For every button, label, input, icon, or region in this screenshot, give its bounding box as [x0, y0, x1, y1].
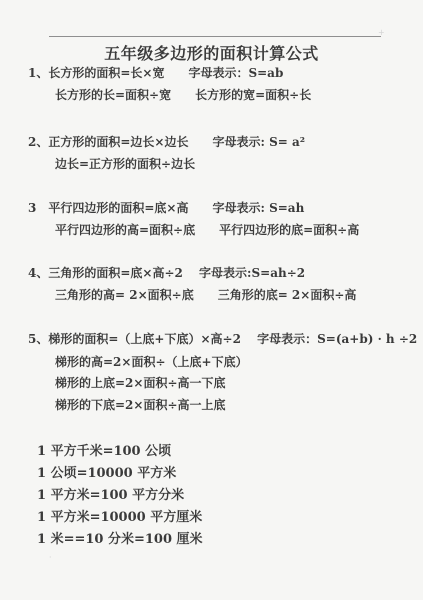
formula-line-1: 1、长方形的面积=长×宽 字母表示：S=ab	[28, 66, 283, 80]
unit-line-2: 1 公顷=10000 平方米	[37, 466, 176, 481]
unit-line-1: 1 平方千米=100 公顷	[37, 444, 171, 459]
formula-line-6: 平行四边形的高=面积÷底 平行四边形的底=面积÷高	[55, 223, 359, 237]
unit-line-4: 1 平方米=10000 平方厘米	[37, 510, 202, 525]
formula-line-10: 梯形的高=2×面积÷（上底+下底）	[55, 355, 248, 369]
formula-line-8: 三角形的高= 2×面积÷底 三角形的底= 2×面积÷高	[55, 288, 356, 302]
formula-line-4: 边长=正方形的面积÷边长	[55, 157, 195, 171]
page-title: 五年级多边形的面积计算公式	[0, 41, 423, 64]
formula-line-7: 4、三角形的面积=底×高÷2 字母表示:S=ah÷2	[28, 266, 305, 280]
formula-line-12: 梯形的下底=2×面积÷高一上底	[55, 398, 226, 412]
formula-line-9: 5、梯形的面积=（上底+下底）×高÷2 字母表示：S=(a+b) · h ÷2	[28, 332, 417, 346]
unit-line-3: 1 平方米=100 平方分米	[37, 488, 184, 503]
formula-line-3: 2、正方形的面积=边长×边长 字母表示: S= a²	[28, 135, 305, 149]
formula-line-11: 梯形的上底=2×面积÷高一下底	[55, 376, 226, 390]
formula-line-2: 长方形的长=面积÷宽 长方形的宽=面积÷长	[55, 88, 311, 102]
formula-line-5: 3 平行四边形的面积=底×高 字母表示: S=ah	[28, 201, 304, 215]
scan-artifact-bottom-left: ·	[49, 554, 52, 562]
unit-line-5: 1 米==10 分米=100 厘米	[37, 532, 203, 547]
header-rule	[49, 36, 381, 37]
scan-artifact-top-right: +	[378, 29, 385, 37]
document-page: + 五年级多边形的面积计算公式 1、长方形的面积=长×宽 字母表示：S=ab 长…	[0, 0, 423, 600]
